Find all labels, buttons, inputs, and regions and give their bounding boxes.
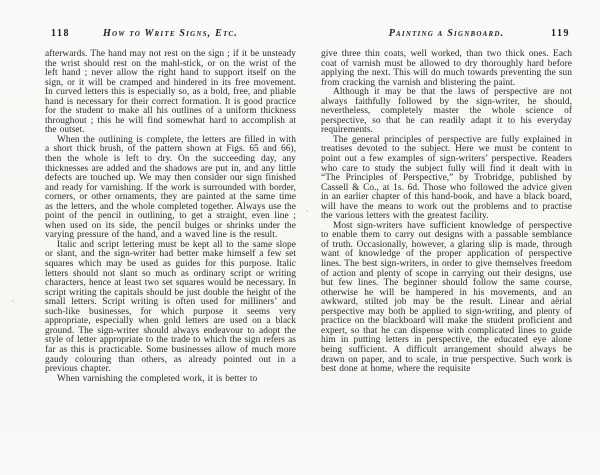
right-page-number: 119 bbox=[551, 28, 570, 39]
left-page-header: 118 How to Write Signs, Etc. bbox=[45, 28, 296, 41]
body-paragraph: give three thin coats, well worked, than… bbox=[321, 50, 572, 88]
right-page: Painting a Signboard. 119 give three thi… bbox=[321, 28, 572, 375]
body-paragraph: Although it may be that the laws of pers… bbox=[321, 88, 572, 136]
body-paragraph: Most sign-writers have sufficient knowle… bbox=[321, 222, 572, 375]
scan-speck bbox=[306, 210, 308, 212]
left-page-body: afterwards. The hand may not rest on the… bbox=[45, 50, 296, 384]
body-paragraph: The general principles of perspective ar… bbox=[321, 136, 572, 222]
right-page-header: Painting a Signboard. 119 bbox=[321, 28, 572, 41]
body-paragraph: afterwards. The hand may not rest on the… bbox=[45, 50, 296, 136]
body-paragraph: Italic and script lettering must be kept… bbox=[45, 241, 296, 375]
book-scan-spread: 118 How to Write Signs, Etc. afterwards.… bbox=[0, 0, 600, 475]
scan-speck bbox=[12, 300, 14, 302]
left-running-head: How to Write Signs, Etc. bbox=[45, 28, 296, 39]
scan-speck bbox=[558, 120, 560, 122]
right-page-body: give three thin coats, well worked, than… bbox=[321, 50, 572, 375]
body-paragraph: When varnishing the completed work, it i… bbox=[45, 375, 296, 385]
right-running-head: Painting a Signboard. bbox=[321, 28, 572, 39]
body-paragraph: When the outlining is complete, the lett… bbox=[45, 136, 296, 241]
left-page: 118 How to Write Signs, Etc. afterwards.… bbox=[45, 28, 296, 384]
